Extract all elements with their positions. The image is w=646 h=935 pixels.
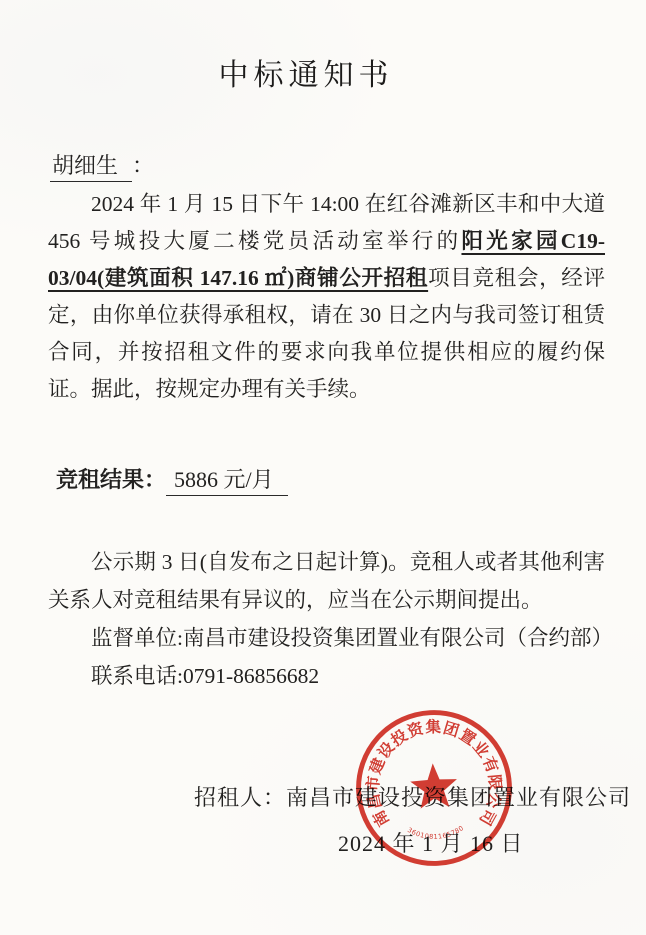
date-line: 2024 年 1 月 16 日 (338, 827, 524, 858)
recipient-name: 胡细生 (50, 153, 132, 182)
seal-company-text: 南昌市建设投资集团置业有限公司 (359, 713, 507, 836)
scanned-notice-page: 中标通知书 胡细生： 2024 年 1 月 15 日下午 14:00 在红谷滩新… (0, 0, 646, 935)
lower-text-block: 公示期 3 日(自发布之日起计算)。竞租人或者其他利害关系人对竞租结果有异议的，… (48, 543, 605, 695)
bid-result-line: 竞租结果：5886 元/月 (56, 463, 288, 494)
main-paragraph: 2024 年 1 月 15 日下午 14:00 在红谷滩新区丰和中大道 456 … (48, 186, 605, 408)
svg-text:南昌市建设投资集团置业有限公司: 南昌市建设投资集团置业有限公司 (359, 713, 507, 836)
bid-result-label: 竞租结果： (56, 467, 166, 492)
recipient-colon: ： (132, 153, 154, 178)
bid-result-value: 5886 元/月 (166, 467, 288, 496)
signer-line: 招租人：南昌市建设投资集团置业有限公司 (194, 781, 631, 812)
public-notice-paragraph: 公示期 3 日(自发布之日起计算)。竞租人或者其他利害关系人对竞租结果有异议的，… (48, 543, 605, 619)
phone-line: 联系电话:0791-86856682 (48, 657, 605, 695)
supervisor-line: 监督单位:南昌市建设投资集团置业有限公司（合约部） (48, 619, 605, 657)
recipient-line: 胡细生： (50, 149, 154, 180)
page-title: 中标通知书 (0, 50, 612, 94)
